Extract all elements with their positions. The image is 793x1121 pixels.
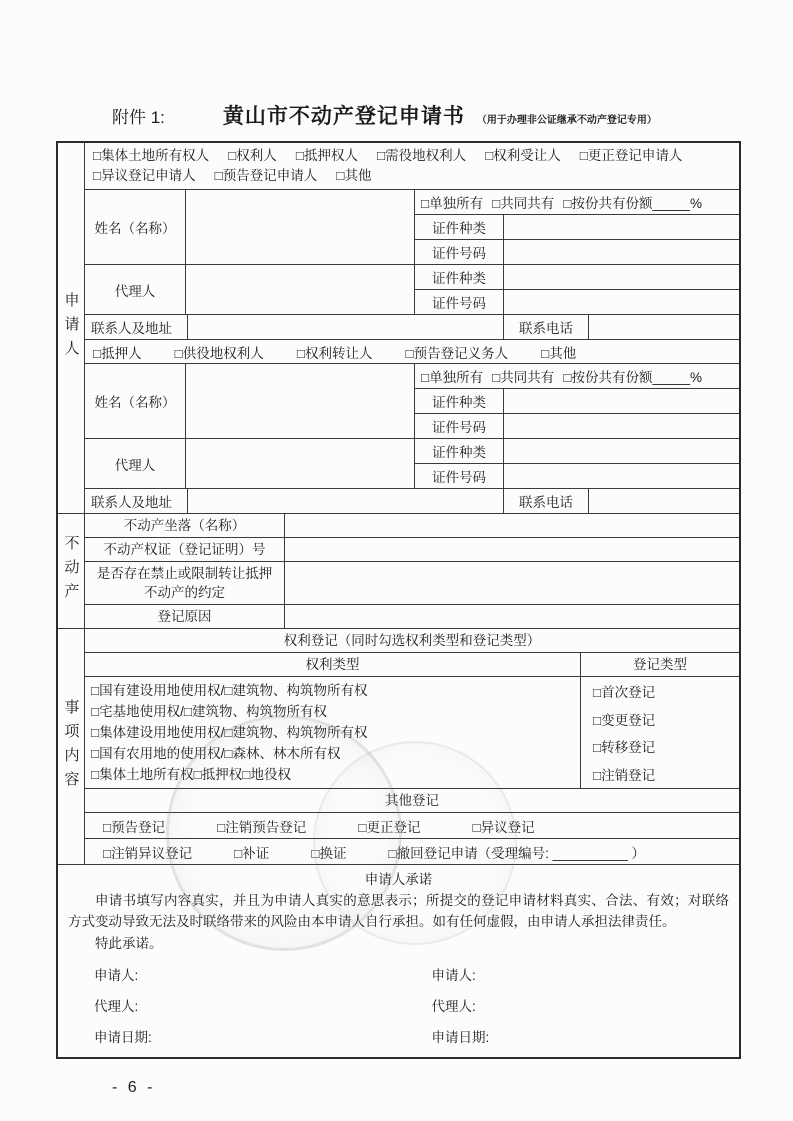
checkbox-option: □补证: [234, 842, 269, 862]
other-registration-header: 其他登记: [85, 789, 739, 813]
checkbox-option: □注销预告登记: [217, 816, 306, 836]
contact-row-1: 联系人及地址 联系电话: [85, 315, 739, 340]
page-subtitle: （用于办理非公证继承不动产登记专用）: [477, 111, 657, 126]
applicant-signature-label: 申请人:: [68, 966, 432, 985]
checkbox-option: □注销登记: [593, 764, 739, 784]
applicant-signature-label: 申请人:: [432, 966, 729, 985]
credential-number-value-cell: [504, 290, 739, 314]
agent-signature-label: 代理人:: [68, 997, 432, 1016]
name-label: 姓名（名称）: [85, 190, 186, 264]
name-value-cell: [186, 190, 415, 264]
credential-number-label: 证件号码: [415, 290, 504, 314]
contact-row-2: 联系人及地址 联系电话: [85, 489, 739, 513]
credential-type-value-cell: [504, 439, 739, 463]
checkbox-option: □首次登记: [593, 681, 739, 701]
property-location-value-cell: [285, 514, 739, 537]
attachment-label: 附件 1:: [112, 103, 165, 128]
checkbox-option: □单独所有: [421, 192, 483, 212]
credential-number-label: 证件号码: [415, 240, 504, 264]
phone-label: 联系电话: [504, 315, 589, 339]
registration-type-column-header: 登记类型: [581, 653, 739, 676]
property-section: 不动产 不动产坐落（名称） 不动产权证（登记证明）号 是否存在禁止或限制转让抵押…: [58, 514, 739, 629]
checkbox-option: □权利转让人: [297, 342, 373, 362]
checkbox-option: □预告登记义务人: [405, 342, 508, 362]
property-restriction-label: 是否存在禁止或限制转让抵押不动产的约定: [85, 562, 285, 604]
credential-type-row: 证件种类: [415, 389, 739, 414]
credential-number-value-cell: [504, 464, 739, 488]
application-date-label: 申请日期:: [432, 1028, 729, 1047]
agent-label: 代理人: [85, 265, 186, 314]
checkbox-option: □转移登记: [593, 736, 739, 756]
checkbox-option: □共同共有: [492, 366, 554, 386]
credential-type-label: 证件种类: [415, 389, 504, 413]
credential-type-label: 证件种类: [415, 215, 504, 239]
checkbox-option: □供役地权利人: [175, 342, 264, 362]
signature-row-applicant: 申请人: 申请人:: [68, 966, 729, 985]
property-side-label: 不动产: [58, 514, 85, 628]
other-registration-options-2: □注销异议登记□补证□换证□撤回登记申请（受理编号: __________ ）: [85, 839, 739, 864]
agent-block-1: 代理人 证件种类 证件号码: [85, 265, 739, 315]
phone-value-cell: [589, 489, 739, 513]
scanned-document-page: { "page": { "attachment_label": "附件 1:",…: [0, 0, 793, 1121]
checkbox-option: □需役地权利人: [377, 148, 466, 163]
credential-type-value-cell: [504, 215, 739, 239]
agent-value-cell: [186, 439, 415, 488]
checkbox-option: □预告登记: [103, 816, 165, 836]
credential-number-label: 证件号码: [415, 414, 504, 438]
credential-number-row: 证件号码: [415, 414, 739, 438]
name-block-2: 姓名（名称） □单独所有□共同共有□按份共有份额_____% 证件种类 证件号码: [85, 364, 739, 439]
right-type-column-header: 权利类型: [85, 653, 581, 676]
property-location-label: 不动产坐落（名称）: [85, 514, 285, 537]
credential-type-label: 证件种类: [415, 439, 504, 463]
pledge-body-text: 申请书填写内容真实，并且为申请人真实的意思表示；所提交的登记申请材料真实、合法、…: [68, 890, 729, 932]
credential-number-value-cell: [504, 414, 739, 438]
contact-value-cell: [188, 489, 504, 513]
applicant-section: 申请人 □集体土地所有权人□权利人□抵押权人□需役地权利人□权利受让人□更正登记…: [58, 143, 739, 514]
contact-label: 联系人及地址: [85, 315, 188, 339]
page-title: 黄山市不动产登记申请书: [223, 100, 465, 130]
name-label: 姓名（名称）: [85, 364, 186, 438]
registration-reason-row: 登记原因: [85, 605, 739, 628]
registration-reason-value-cell: [285, 605, 739, 628]
ownership-options-2: □单独所有□共同共有□按份共有份额_____%: [415, 364, 739, 389]
name-value-cell: [186, 364, 415, 438]
property-certificate-label: 不动产权证（登记证明）号: [85, 538, 285, 561]
checkbox-option: □换证: [311, 842, 346, 862]
applicant-role-options-1: □集体土地所有权人□权利人□抵押权人□需役地权利人□权利受让人□更正登记申请人 …: [85, 143, 739, 190]
credential-number-label: 证件号码: [415, 464, 504, 488]
credential-type-value-cell: [504, 389, 739, 413]
property-certificate-value-cell: [285, 538, 739, 561]
document-header: 附件 1: 黄山市不动产登记申请书 （用于办理非公证继承不动产登记专用）: [0, 0, 793, 130]
agent-block-2: 代理人 证件种类 证件号码: [85, 439, 739, 489]
agent-value-cell: [186, 265, 415, 314]
credential-type-value-cell: [504, 265, 739, 289]
other-registration-options-1: □预告登记□注销预告登记□更正登记□异议登记: [85, 813, 739, 839]
property-location-row: 不动产坐落（名称）: [85, 514, 739, 538]
checkbox-option: □变更登记: [593, 709, 739, 729]
checkbox-option: □其他: [336, 168, 371, 183]
signature-row-agent: 代理人: 代理人:: [68, 997, 729, 1016]
checkbox-option: □预告登记申请人: [215, 168, 318, 183]
credential-number-row: 证件号码: [415, 240, 739, 264]
checkbox-option: □权利人: [228, 148, 277, 163]
checkbox-option: □权利受让人: [485, 148, 561, 163]
pledge-closing-text: 特此承诺。: [68, 933, 729, 954]
checkbox-option: □撤回登记申请（受理编号: __________ ）: [388, 842, 645, 862]
registration-reason-label: 登记原因: [85, 605, 285, 628]
matters-side-label: 事项内容: [58, 629, 85, 864]
type-options-body: □国有建设用地使用权/□建筑物、构筑物所有权□宅基地使用权/□建筑物、构筑物所有…: [85, 677, 739, 789]
signature-row-date: 申请日期: 申请日期:: [68, 1028, 729, 1047]
role-options-line1: □集体土地所有权人□权利人□抵押权人□需役地权利人□权利受让人□更正登记申请人: [93, 146, 739, 166]
checkbox-option: □异议登记: [472, 816, 534, 836]
contact-label: 联系人及地址: [85, 489, 188, 513]
agent-label: 代理人: [85, 439, 186, 488]
checkbox-option: □集体土地所有权□抵押权□地役权: [91, 764, 574, 785]
property-restriction-row: 是否存在禁止或限制转让抵押不动产的约定: [85, 562, 739, 605]
credential-type-label: 证件种类: [415, 265, 504, 289]
application-form-table: 申请人 □集体土地所有权人□权利人□抵押权人□需役地权利人□权利受让人□更正登记…: [56, 141, 741, 1059]
agent-signature-label: 代理人:: [432, 997, 729, 1016]
property-restriction-value-cell: [285, 562, 739, 604]
credential-type-row: 证件种类: [415, 215, 739, 240]
checkbox-option: □注销异议登记: [103, 842, 192, 862]
ownership-options-1: □单独所有□共同共有□按份共有份额_____%: [415, 190, 739, 215]
credential-number-value-cell: [504, 240, 739, 264]
matters-section: 事项内容 权利登记（同时勾选权利类型和登记类型） 权利类型 登记类型 □国有建设…: [58, 629, 739, 865]
type-columns-header: 权利类型 登记类型: [85, 653, 739, 677]
applicant-role-options-2: □抵押人□供役地权利人□权利转让人□预告登记义务人□其他: [85, 340, 739, 364]
contact-value-cell: [188, 315, 504, 339]
checkbox-option: □按份共有份额_____%: [563, 192, 702, 212]
checkbox-option: □按份共有份额_____%: [563, 366, 702, 386]
name-block-1: 姓名（名称） □单独所有□共同共有□按份共有份额_____% 证件种类 证件号码: [85, 190, 739, 265]
registration-type-options: □首次登记□变更登记□转移登记□注销登记: [581, 677, 739, 788]
phone-value-cell: [589, 315, 739, 339]
checkbox-option: □更正登记: [358, 816, 420, 836]
applicant-pledge-section: 申请人承诺 申请书填写内容真实，并且为申请人真实的意思表示；所提交的登记申请材料…: [58, 865, 739, 1057]
checkbox-option: □异议登记申请人: [93, 168, 196, 183]
checkbox-option: □国有农用地的使用权/□森林、林木所有权: [91, 743, 574, 764]
checkbox-option: □共同共有: [492, 192, 554, 212]
phone-label: 联系电话: [504, 489, 589, 513]
checkbox-option: □抵押人: [93, 342, 142, 362]
pledge-title: 申请人承诺: [68, 869, 729, 890]
checkbox-option: □集体土地所有权人: [93, 148, 209, 163]
checkbox-option: □更正登记申请人: [580, 148, 683, 163]
application-date-label: 申请日期:: [68, 1028, 432, 1047]
applicant-side-label: 申请人: [58, 143, 85, 513]
credential-type-row: 证件种类: [415, 265, 739, 290]
rights-registration-header: 权利登记（同时勾选权利类型和登记类型）: [85, 629, 739, 653]
checkbox-option: □集体建设用地使用权/□建筑物、构筑物所有权: [91, 722, 574, 743]
checkbox-option: □其他: [541, 342, 576, 362]
credential-number-row: 证件号码: [415, 464, 739, 488]
property-certificate-row: 不动产权证（登记证明）号: [85, 538, 739, 562]
checkbox-option: □宅基地使用权/□建筑物、构筑物所有权: [91, 701, 574, 722]
credential-number-row: 证件号码: [415, 290, 739, 314]
right-type-options: □国有建设用地使用权/□建筑物、构筑物所有权□宅基地使用权/□建筑物、构筑物所有…: [85, 677, 581, 788]
credential-type-row: 证件种类: [415, 439, 739, 464]
checkbox-option: □单独所有: [421, 366, 483, 386]
page-number: - 6 -: [112, 1079, 793, 1097]
checkbox-option: □抵押权人: [296, 148, 358, 163]
checkbox-option: □国有建设用地使用权/□建筑物、构筑物所有权: [91, 680, 574, 701]
role-options-line2: □异议登记申请人□预告登记申请人□其他: [93, 166, 739, 186]
